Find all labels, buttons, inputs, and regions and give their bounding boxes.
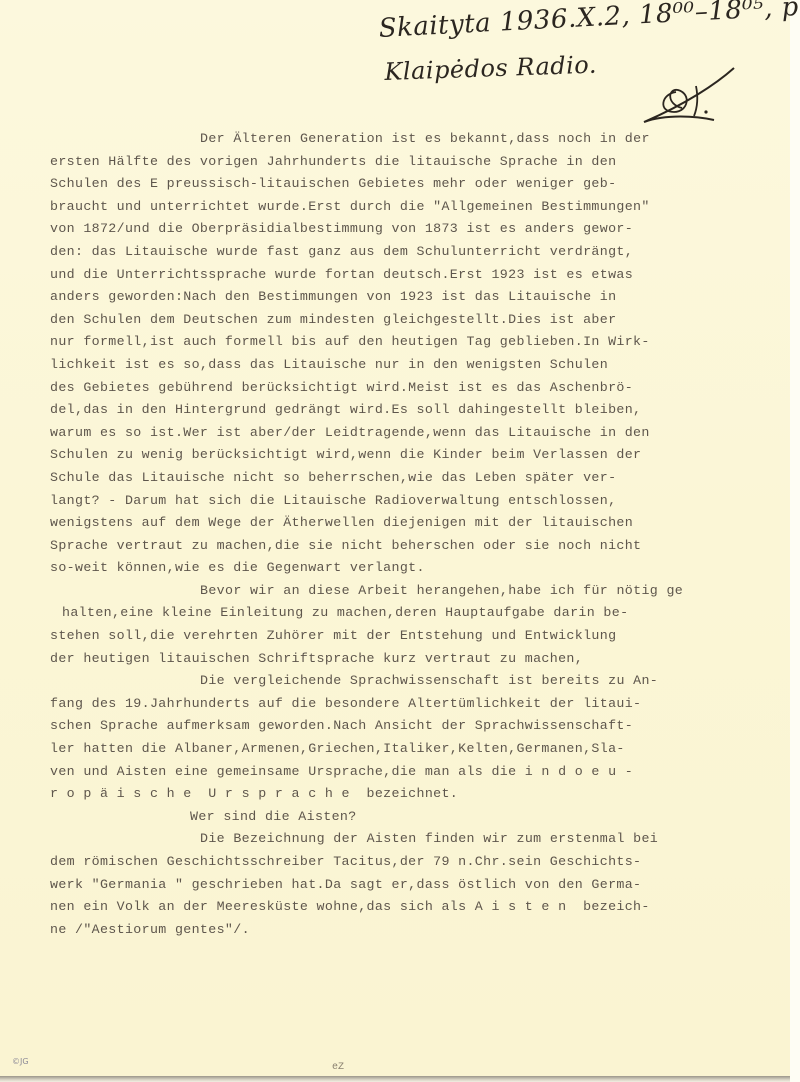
text-line: wenigstens auf dem Wege der Ätherwellen … — [50, 512, 790, 535]
text-line: des Gebietes gebührend berücksichtigt wi… — [50, 377, 790, 400]
text-line: werk "Germania " geschrieben hat.Da sagt… — [50, 874, 790, 897]
text-line: stehen soll,die verehrten Zuhörer mit de… — [50, 625, 790, 648]
signature-icon — [636, 64, 746, 124]
text-line: Schulen des E preussisch-litauischen Geb… — [50, 173, 790, 196]
text-line: so-weit können,wie es die Gegenwart verl… — [50, 557, 790, 580]
text-line: den: das Litauische wurde fast ganz aus … — [50, 241, 790, 264]
text-line: langt? - Darum hat sich die Litauische R… — [50, 490, 790, 513]
text-line: anders geworden:Nach den Bestimmungen vo… — [50, 286, 790, 309]
text-line: ven und Aisten eine gemeinsame Ursprache… — [50, 761, 790, 784]
text-line: schen Sprache aufmerksam geworden.Nach A… — [50, 715, 790, 738]
text-line: ersten Hälfte des vorigen Jahrhunderts d… — [50, 151, 790, 174]
text-line: lichkeit ist es so,dass das Litauische n… — [50, 354, 790, 377]
text-line: braucht und unterrichtet wurde.Erst durc… — [50, 196, 790, 219]
text-line: warum es so ist.Wer ist aber/der Leidtra… — [50, 422, 790, 445]
page-bottom-edge — [0, 1076, 790, 1082]
archive-mark: ©JG — [12, 1057, 29, 1066]
text-line: nur formell,ist auch formell bis auf den… — [50, 331, 790, 354]
text-line: halten,eine kleine Einleitung zu machen,… — [50, 602, 790, 625]
typewritten-body: Der Älteren Generation ist es bekannt,da… — [50, 128, 790, 941]
text-line: fang des 19.Jahrhunderts auf die besonde… — [50, 693, 790, 716]
text-line: Schule das Litauische nicht so beherrsch… — [50, 467, 790, 490]
page-marker: eZ — [332, 1062, 344, 1073]
text-line: dem römischen Geschichtsschreiber Tacitu… — [50, 851, 790, 874]
text-line: Wer sind die Aisten? — [50, 806, 790, 829]
text-line: Die vergleichende Sprachwissenschaft ist… — [50, 670, 790, 693]
text-line: nen ein Volk an der Meeresküste wohne,da… — [50, 896, 790, 919]
text-line: den Schulen dem Deutschen zum mindesten … — [50, 309, 790, 332]
text-line: und die Unterrichtssprache wurde fortan … — [50, 264, 790, 287]
text-line: Der Älteren Generation ist es bekannt,da… — [50, 128, 790, 151]
text-line: ne /"Aestiorum gentes"/. — [50, 919, 790, 942]
text-line: Bevor wir an diese Arbeit herangehen,hab… — [50, 580, 790, 603]
page-edge — [790, 0, 800, 1082]
text-line: Sprache vertraut zu machen,die sie nicht… — [50, 535, 790, 558]
text-line: der heutigen litauischen Schriftsprache … — [50, 648, 790, 671]
text-line: del,das in den Hintergrund gedrängt wird… — [50, 399, 790, 422]
text-line: Schulen zu wenig berücksichtigt wird,wen… — [50, 444, 790, 467]
text-line: von 1872/und die Oberpräsidialbestimmung… — [50, 218, 790, 241]
text-line: ler hatten die Albaner,Armenen,Griechen,… — [50, 738, 790, 761]
text-line: Die Bezeichnung der Aisten finden wir zu… — [50, 828, 790, 851]
text-line: r o p ä i s c h e U r s p r a c h e beze… — [50, 783, 790, 806]
